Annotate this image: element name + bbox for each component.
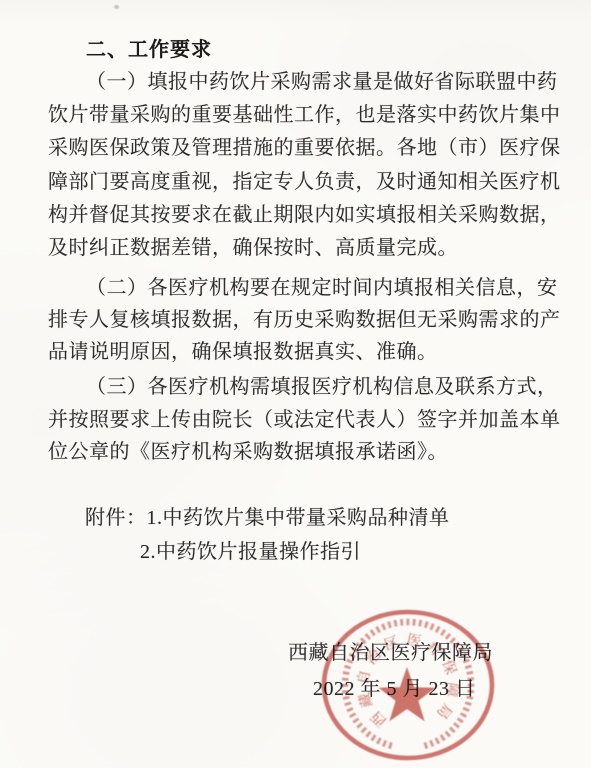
para3-line1: （三）各医疗机构需填报医疗机构信息及联系方式， (86, 377, 558, 397)
para1-line5: 构并督促其按要求在截止期限内如实填报相关采购数据， (48, 205, 561, 225)
attachments-line-2: 2.中药饮片报量操作指引 (140, 542, 361, 562)
seal-star-icon (379, 667, 436, 721)
para1-line1: （一）填报中药饮片采购需求量是做好省际联盟中药 (86, 72, 558, 92)
section-heading: 二、工作要求 (86, 40, 212, 60)
para1-line4: 障部门要高度重视，指定专人负责，及时通知相关医疗机 (48, 172, 561, 192)
para3-line3: 位公章的《医疗机构采购数据填报承诺函》。 (48, 442, 448, 462)
para2-line1: （二）各医疗机构要在规定时间内填报相关信息，安 (86, 278, 558, 298)
para3-line2: 并按照要求上传由院长（或法定代表人）签字并加盖本单 (48, 410, 561, 430)
para2-line2: 排专人复核填报数据，有历史采购数据但无采购需求的产 (48, 310, 561, 330)
para1-line3: 采购医保政策及管理措施的重要依据。各地（市）医疗保 (48, 138, 561, 158)
official-seal: 西藏自治区医疗保障局 (312, 598, 508, 768)
para2-line3: 品请说明原因，确保填报数据真实、准确。 (48, 342, 438, 362)
document-page: 二、工作要求 （一）填报中药饮片采购需求量是做好省际联盟中药 饮片带量采购的重要… (0, 0, 591, 768)
scan-speck-artifact (114, 5, 119, 9)
para1-line6: 及时纠正数据差错，确保按时、高质量完成。 (48, 238, 458, 258)
attachments-line-1: 附件：1.中药饮片集中带量采购品种清单 (85, 508, 450, 528)
para1-line2: 饮片带量采购的重要基础性工作，也是落实中药饮片集中 (48, 105, 561, 125)
